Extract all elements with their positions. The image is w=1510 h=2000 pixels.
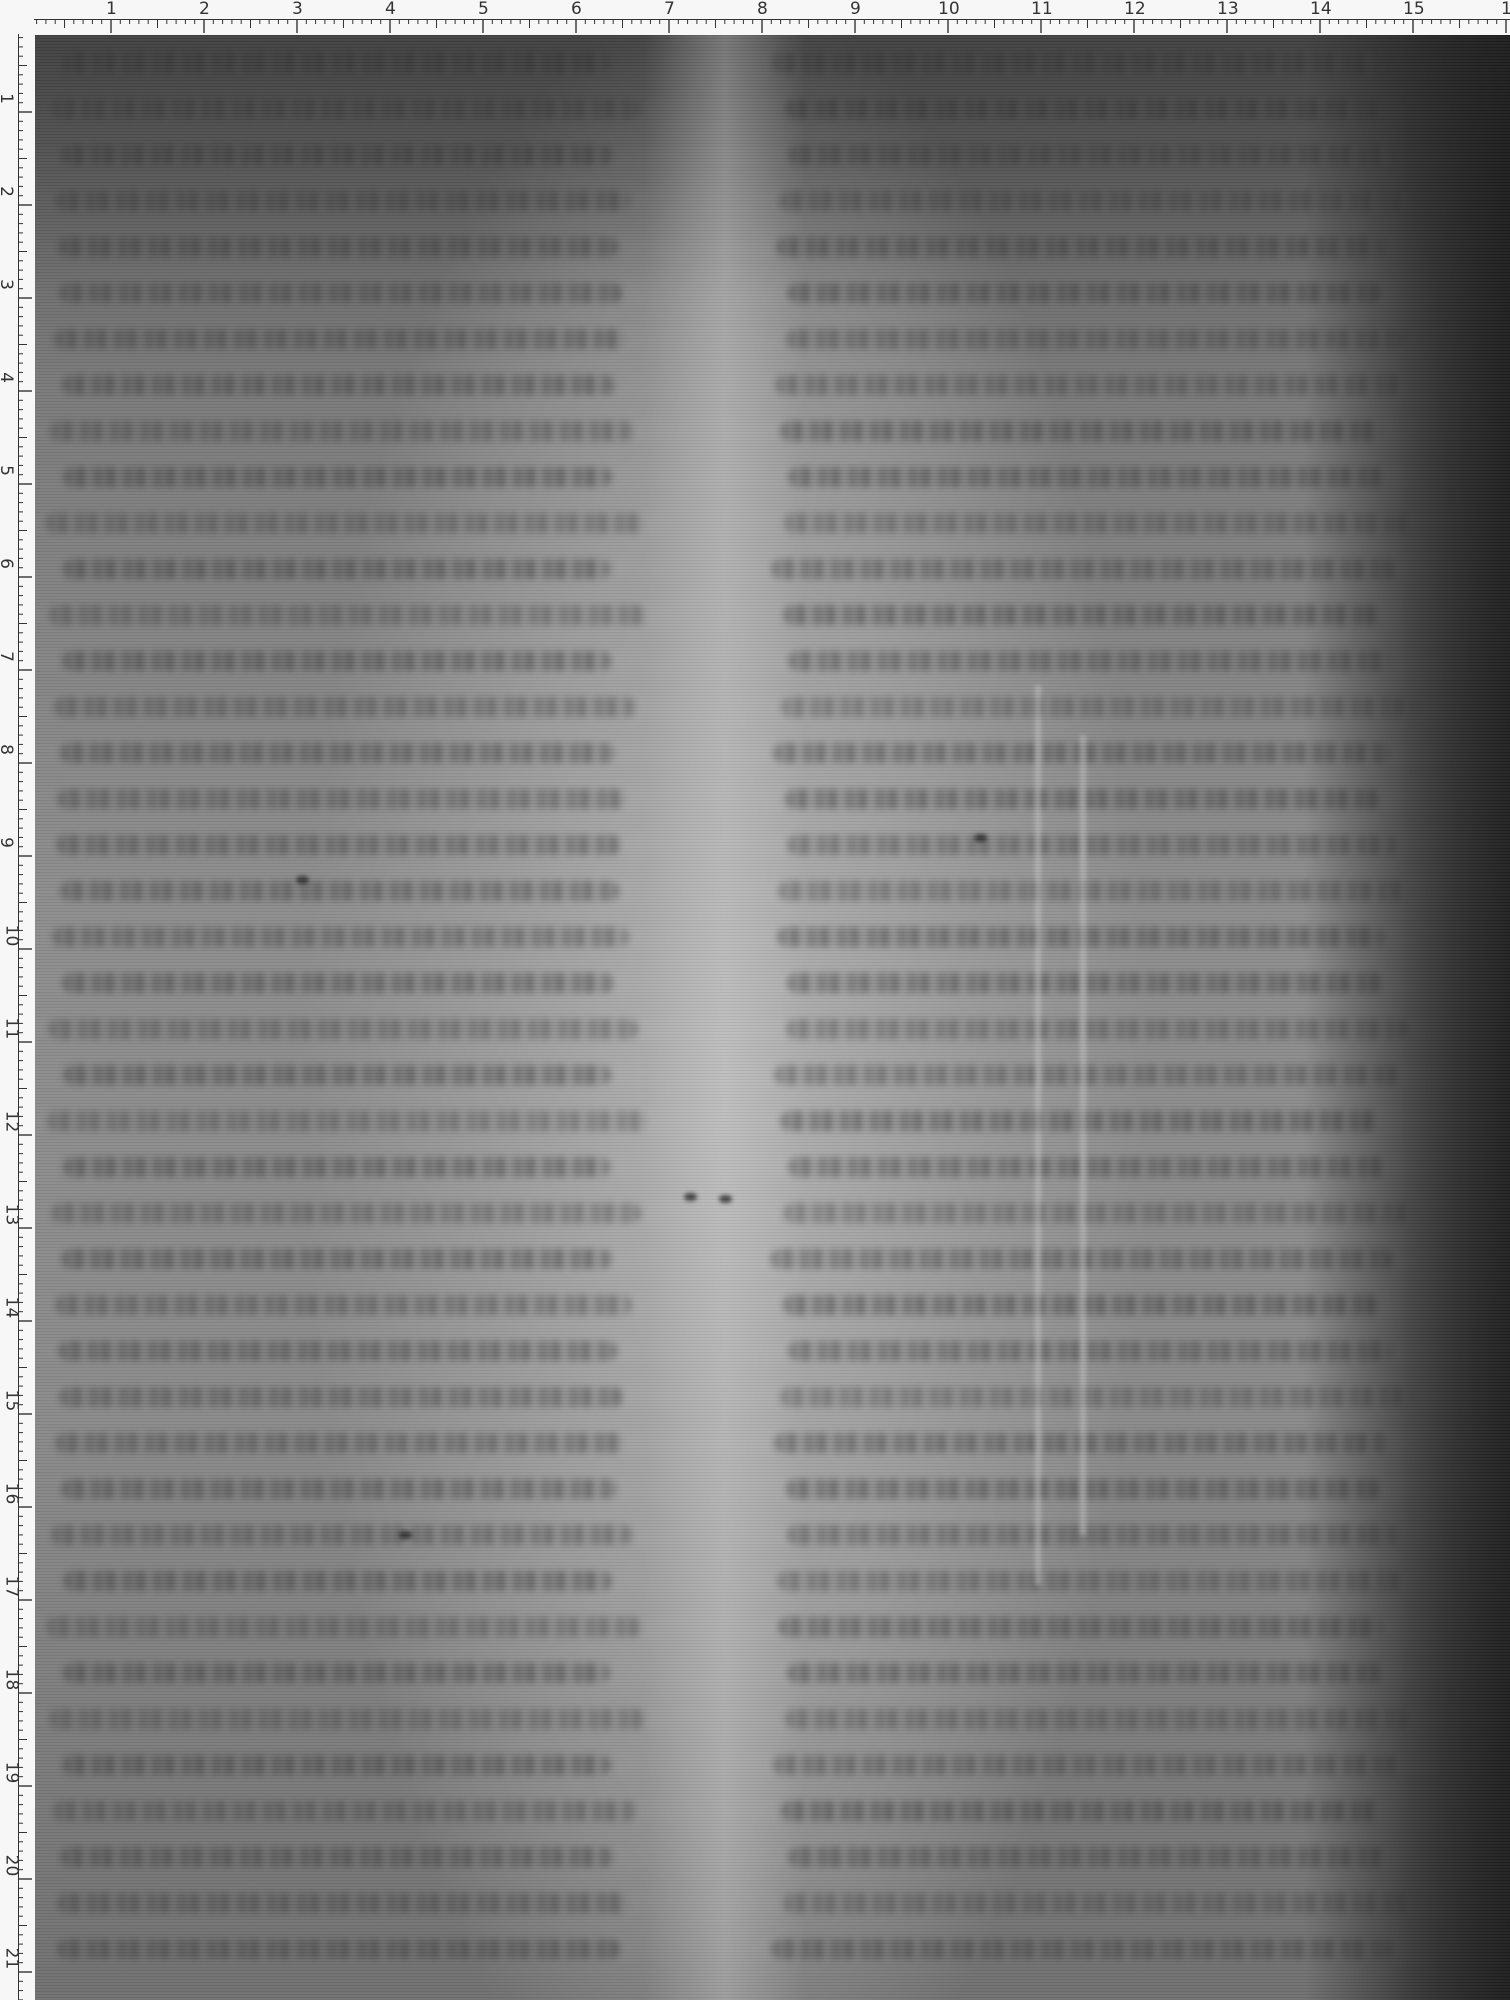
script-line [778, 881, 1409, 901]
ruler-top-label: 10 [938, 1, 960, 18]
script-line [63, 1663, 610, 1683]
ruler-left-label: 16 [2, 1483, 19, 1505]
script-line [787, 835, 1399, 855]
right-text-column [770, 35, 1420, 2000]
ruler-top-label: 14 [1310, 1, 1332, 18]
script-line [49, 1709, 648, 1729]
script-line [786, 329, 1405, 349]
script-line [55, 1295, 631, 1315]
script-line [63, 1157, 611, 1177]
script-line [54, 329, 625, 349]
script-line [778, 1617, 1383, 1637]
ruler-top-label: 1 [1501, 1, 1510, 18]
ruler-left-label: 2 [0, 186, 14, 197]
ruler-left: 123456789101112131415161718192021 [0, 0, 34, 2000]
script-line [776, 237, 1385, 257]
script-line [773, 1755, 1399, 1775]
script-line [779, 191, 1411, 211]
ruler-top-label: 7 [664, 1, 675, 18]
script-line [57, 789, 626, 809]
ruler-left-label: 21 [2, 1948, 19, 1970]
ruler-top-label: 15 [1403, 1, 1425, 18]
ruler-top-label: 11 [1031, 1, 1053, 18]
script-line [63, 467, 612, 487]
script-line [771, 1939, 1392, 1959]
ink-spot [719, 1195, 732, 1203]
ink-spot [974, 834, 987, 842]
script-line [46, 1617, 642, 1637]
script-line [51, 1525, 633, 1545]
script-line [45, 513, 644, 533]
script-line [772, 53, 1390, 73]
script-line [60, 881, 619, 901]
script-line [783, 1203, 1415, 1223]
script-line [784, 513, 1413, 533]
script-line [777, 1571, 1407, 1591]
script-line [50, 421, 634, 441]
ruler-top-label: 8 [757, 1, 768, 18]
script-line [775, 375, 1403, 395]
ruler-top-label: 12 [1124, 1, 1146, 18]
script-line [62, 375, 616, 395]
vertical-light-streak [1035, 685, 1041, 1585]
ruler-left-label: 6 [0, 558, 14, 569]
script-line [52, 99, 640, 119]
script-line [54, 697, 636, 717]
left-text-column [45, 35, 650, 2000]
script-line [49, 605, 645, 625]
script-line [59, 283, 622, 303]
ruler-left-label: 8 [0, 744, 14, 755]
ruler-left-label: 17 [2, 1576, 19, 1598]
ink-spot [399, 1531, 412, 1539]
ruler-left-label: 3 [0, 279, 14, 290]
script-line [62, 651, 611, 671]
script-line [58, 1341, 617, 1361]
script-line [56, 835, 620, 855]
ruler-top-label: 1 [106, 1, 117, 18]
script-line [63, 1065, 611, 1085]
script-line [52, 927, 628, 947]
script-line [56, 191, 630, 211]
ruler-left-ticks [0, 0, 34, 2000]
ruler-top-label: 9 [850, 1, 861, 18]
script-line [62, 53, 610, 73]
ruler-left-label: 12 [2, 1111, 19, 1133]
script-line [58, 237, 618, 257]
ruler-left-label: 15 [2, 1390, 19, 1412]
ruler-left-label: 7 [0, 651, 14, 662]
script-line [788, 651, 1392, 671]
script-line [788, 1341, 1394, 1361]
script-line [787, 283, 1383, 303]
script-line [771, 559, 1395, 579]
ruler-top-label: 2 [199, 1, 210, 18]
page-edge-shadow [1400, 35, 1510, 2000]
script-line [48, 1019, 638, 1039]
ink-spot [684, 1193, 697, 1201]
script-line [60, 743, 615, 763]
ruler-top-label: 5 [478, 1, 489, 18]
ruler-top-ticks [0, 0, 1510, 34]
script-line [783, 605, 1380, 625]
ruler-top-label: 13 [1217, 1, 1239, 18]
script-line [785, 99, 1381, 119]
ruler-left-label: 10 [2, 925, 19, 947]
ruler-left-label: 11 [2, 1018, 19, 1040]
script-line [783, 1893, 1418, 1913]
script-line [774, 1065, 1401, 1085]
script-line [61, 1249, 612, 1269]
ruler-corner [0, 0, 34, 34]
script-line [59, 1387, 624, 1407]
script-line [61, 1479, 616, 1499]
script-line [61, 145, 613, 165]
script-line [57, 1939, 620, 1959]
script-line [785, 1709, 1409, 1729]
ink-spot [296, 876, 309, 884]
script-line [781, 1801, 1380, 1821]
ruler-left-label: 13 [2, 1204, 19, 1226]
manuscript-page [35, 35, 1510, 2000]
ruler-top-label: 4 [385, 1, 396, 18]
script-line [788, 145, 1397, 165]
script-line [788, 467, 1386, 487]
script-line [51, 1203, 641, 1223]
ruler-top-label: 6 [571, 1, 582, 18]
ruler-top-label: 3 [292, 1, 303, 18]
script-line [55, 1433, 624, 1453]
script-line [780, 421, 1382, 441]
ruler-left-label: 20 [2, 1855, 19, 1877]
ruler-left-label: 19 [2, 1762, 19, 1784]
script-line [787, 1525, 1401, 1545]
script-line [786, 1019, 1407, 1039]
ruler-top: 01234567891011121314151 [0, 0, 1510, 34]
script-line [47, 1111, 649, 1131]
script-line [63, 1571, 612, 1591]
script-line [63, 559, 610, 579]
script-line [787, 1663, 1384, 1683]
script-line [60, 1847, 614, 1867]
script-line [781, 697, 1418, 717]
ruler-left-label: 18 [2, 1669, 19, 1691]
ruler-left-label: 14 [2, 1297, 19, 1319]
ruler-left-label: 5 [0, 465, 14, 476]
script-line [780, 1387, 1415, 1407]
script-line [53, 1801, 637, 1821]
script-line [57, 1893, 628, 1913]
ruler-left-label: 1 [0, 93, 14, 104]
script-line [62, 973, 613, 993]
vertical-light-streak [1080, 735, 1086, 1535]
ruler-left-label: 4 [0, 372, 14, 383]
script-line [62, 1755, 611, 1775]
script-line [788, 1157, 1388, 1177]
ruler-left-label: 9 [0, 837, 14, 848]
script-line [788, 1847, 1389, 1867]
